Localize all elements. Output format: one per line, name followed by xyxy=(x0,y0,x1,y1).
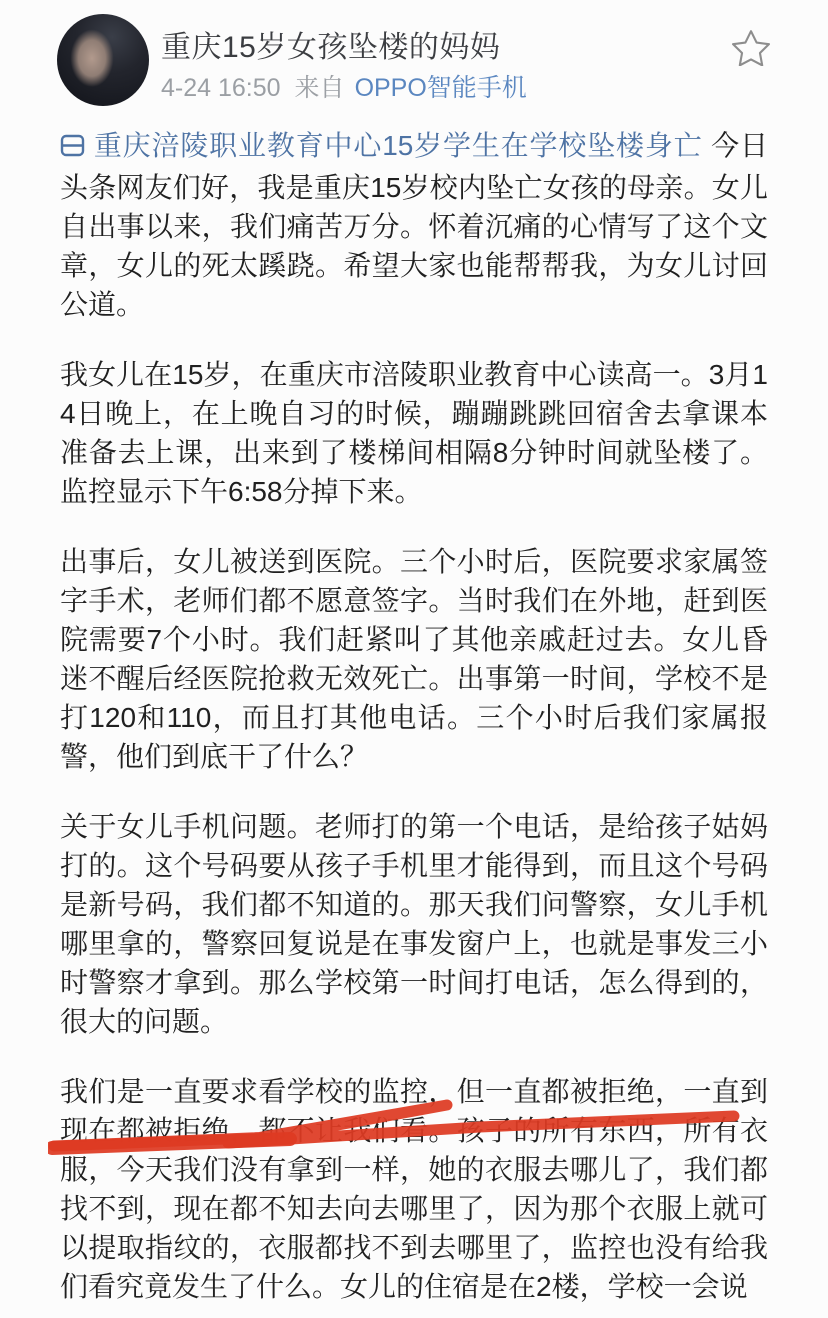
post-header: 重庆15岁女孩坠楼的妈妈 4-24 16:50来自OPPO智能手机 xyxy=(57,12,804,112)
paragraph-surveillance: 我们是一直要求看学校的监控，但一直都被拒绝，一直到现在都被拒绝，都不让我们看。孩… xyxy=(60,1072,768,1306)
paragraph-incident: 我女儿在15岁，在重庆市涪陵职业教育中心读高一。3月14日晚上，在上晚自习的时候… xyxy=(60,355,768,511)
paragraph-phone: 关于女儿手机问题。老师打的第一个电话，是给孩子姑妈打的。这个号码要从孩子手机里才… xyxy=(60,807,768,1041)
paragraph-surveillance-wrap: 我们是一直要求看学校的监控，但一直都被拒绝，一直到现在都被拒绝，都不让我们看。孩… xyxy=(60,1072,768,1306)
post-page: 重庆15岁女孩坠楼的妈妈 4-24 16:50来自OPPO智能手机 重庆涪陵职业… xyxy=(0,0,828,1318)
paragraph-hospital: 出事后，女儿被送到医院。三个小时后，医院要求家属签字手术，老师们都不愿意签字。当… xyxy=(60,542,768,776)
post-meta: 4-24 16:50来自OPPO智能手机 xyxy=(161,68,527,104)
username[interactable]: 重庆15岁女孩坠楼的妈妈 xyxy=(161,22,500,66)
article-link-text[interactable]: 重庆涪陵职业教育中心15岁学生在学校坠楼身亡 xyxy=(93,130,703,161)
article-icon xyxy=(60,129,86,168)
avatar[interactable] xyxy=(57,14,149,106)
post-body: 重庆涪陵职业教育中心15岁学生在学校坠楼身亡 今日头条网友们好，我是重庆15岁校… xyxy=(60,126,768,1306)
paragraph-intro: 重庆涪陵职业教育中心15岁学生在学校坠楼身亡 今日头条网友们好，我是重庆15岁校… xyxy=(60,126,768,324)
timestamp: 4-24 16:50 xyxy=(161,74,281,102)
source-link[interactable]: OPPO智能手机 xyxy=(355,74,527,102)
article-link[interactable]: 重庆涪陵职业教育中心15岁学生在学校坠楼身亡 xyxy=(60,130,703,161)
star-icon[interactable] xyxy=(732,28,770,66)
source-prefix: 来自 xyxy=(295,74,345,102)
